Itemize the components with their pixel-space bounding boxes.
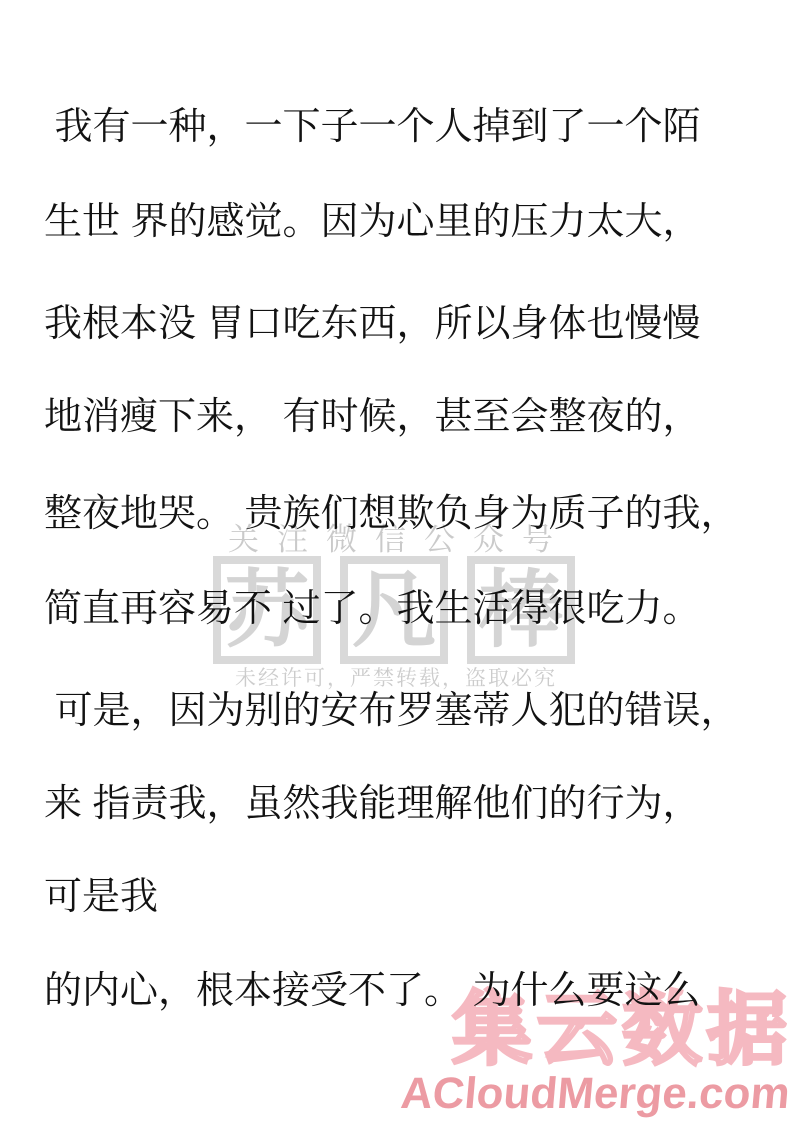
text-line: 我有一种，一下子一个人掉到了一个陌	[44, 108, 701, 146]
text-line: 来 指责我，虽然我能理解他们的行为，	[44, 785, 701, 823]
text-line: 可是，因为别的安布罗塞蒂人犯的错误，	[44, 692, 739, 730]
text-line: 可是我	[44, 878, 158, 916]
text-line: 整夜地哭。 贵族们想欺负身为质子的我，	[44, 495, 739, 533]
text-line: 我根本没 胃口吃东西，所以身体也慢慢	[44, 305, 701, 343]
text-line: 地消瘦下来， 有时候，甚至会整夜的，	[44, 398, 701, 436]
text-line: 简直再容易不 过了。我生活得很吃力。	[44, 590, 701, 628]
text-line: 生世 界的感觉。因为心里的压力太大，	[44, 203, 701, 241]
text-line: 的内心，根本接受不了。 为什么要这么	[44, 972, 701, 1010]
paragraph: 我有一种，一下子一个人掉到了一个陌 生世 界的感觉。因为心里的压力太大， 我根本…	[0, 0, 794, 1122]
novel-text-page: { "page": { "background_color": "#ffffff…	[0, 0, 794, 1122]
